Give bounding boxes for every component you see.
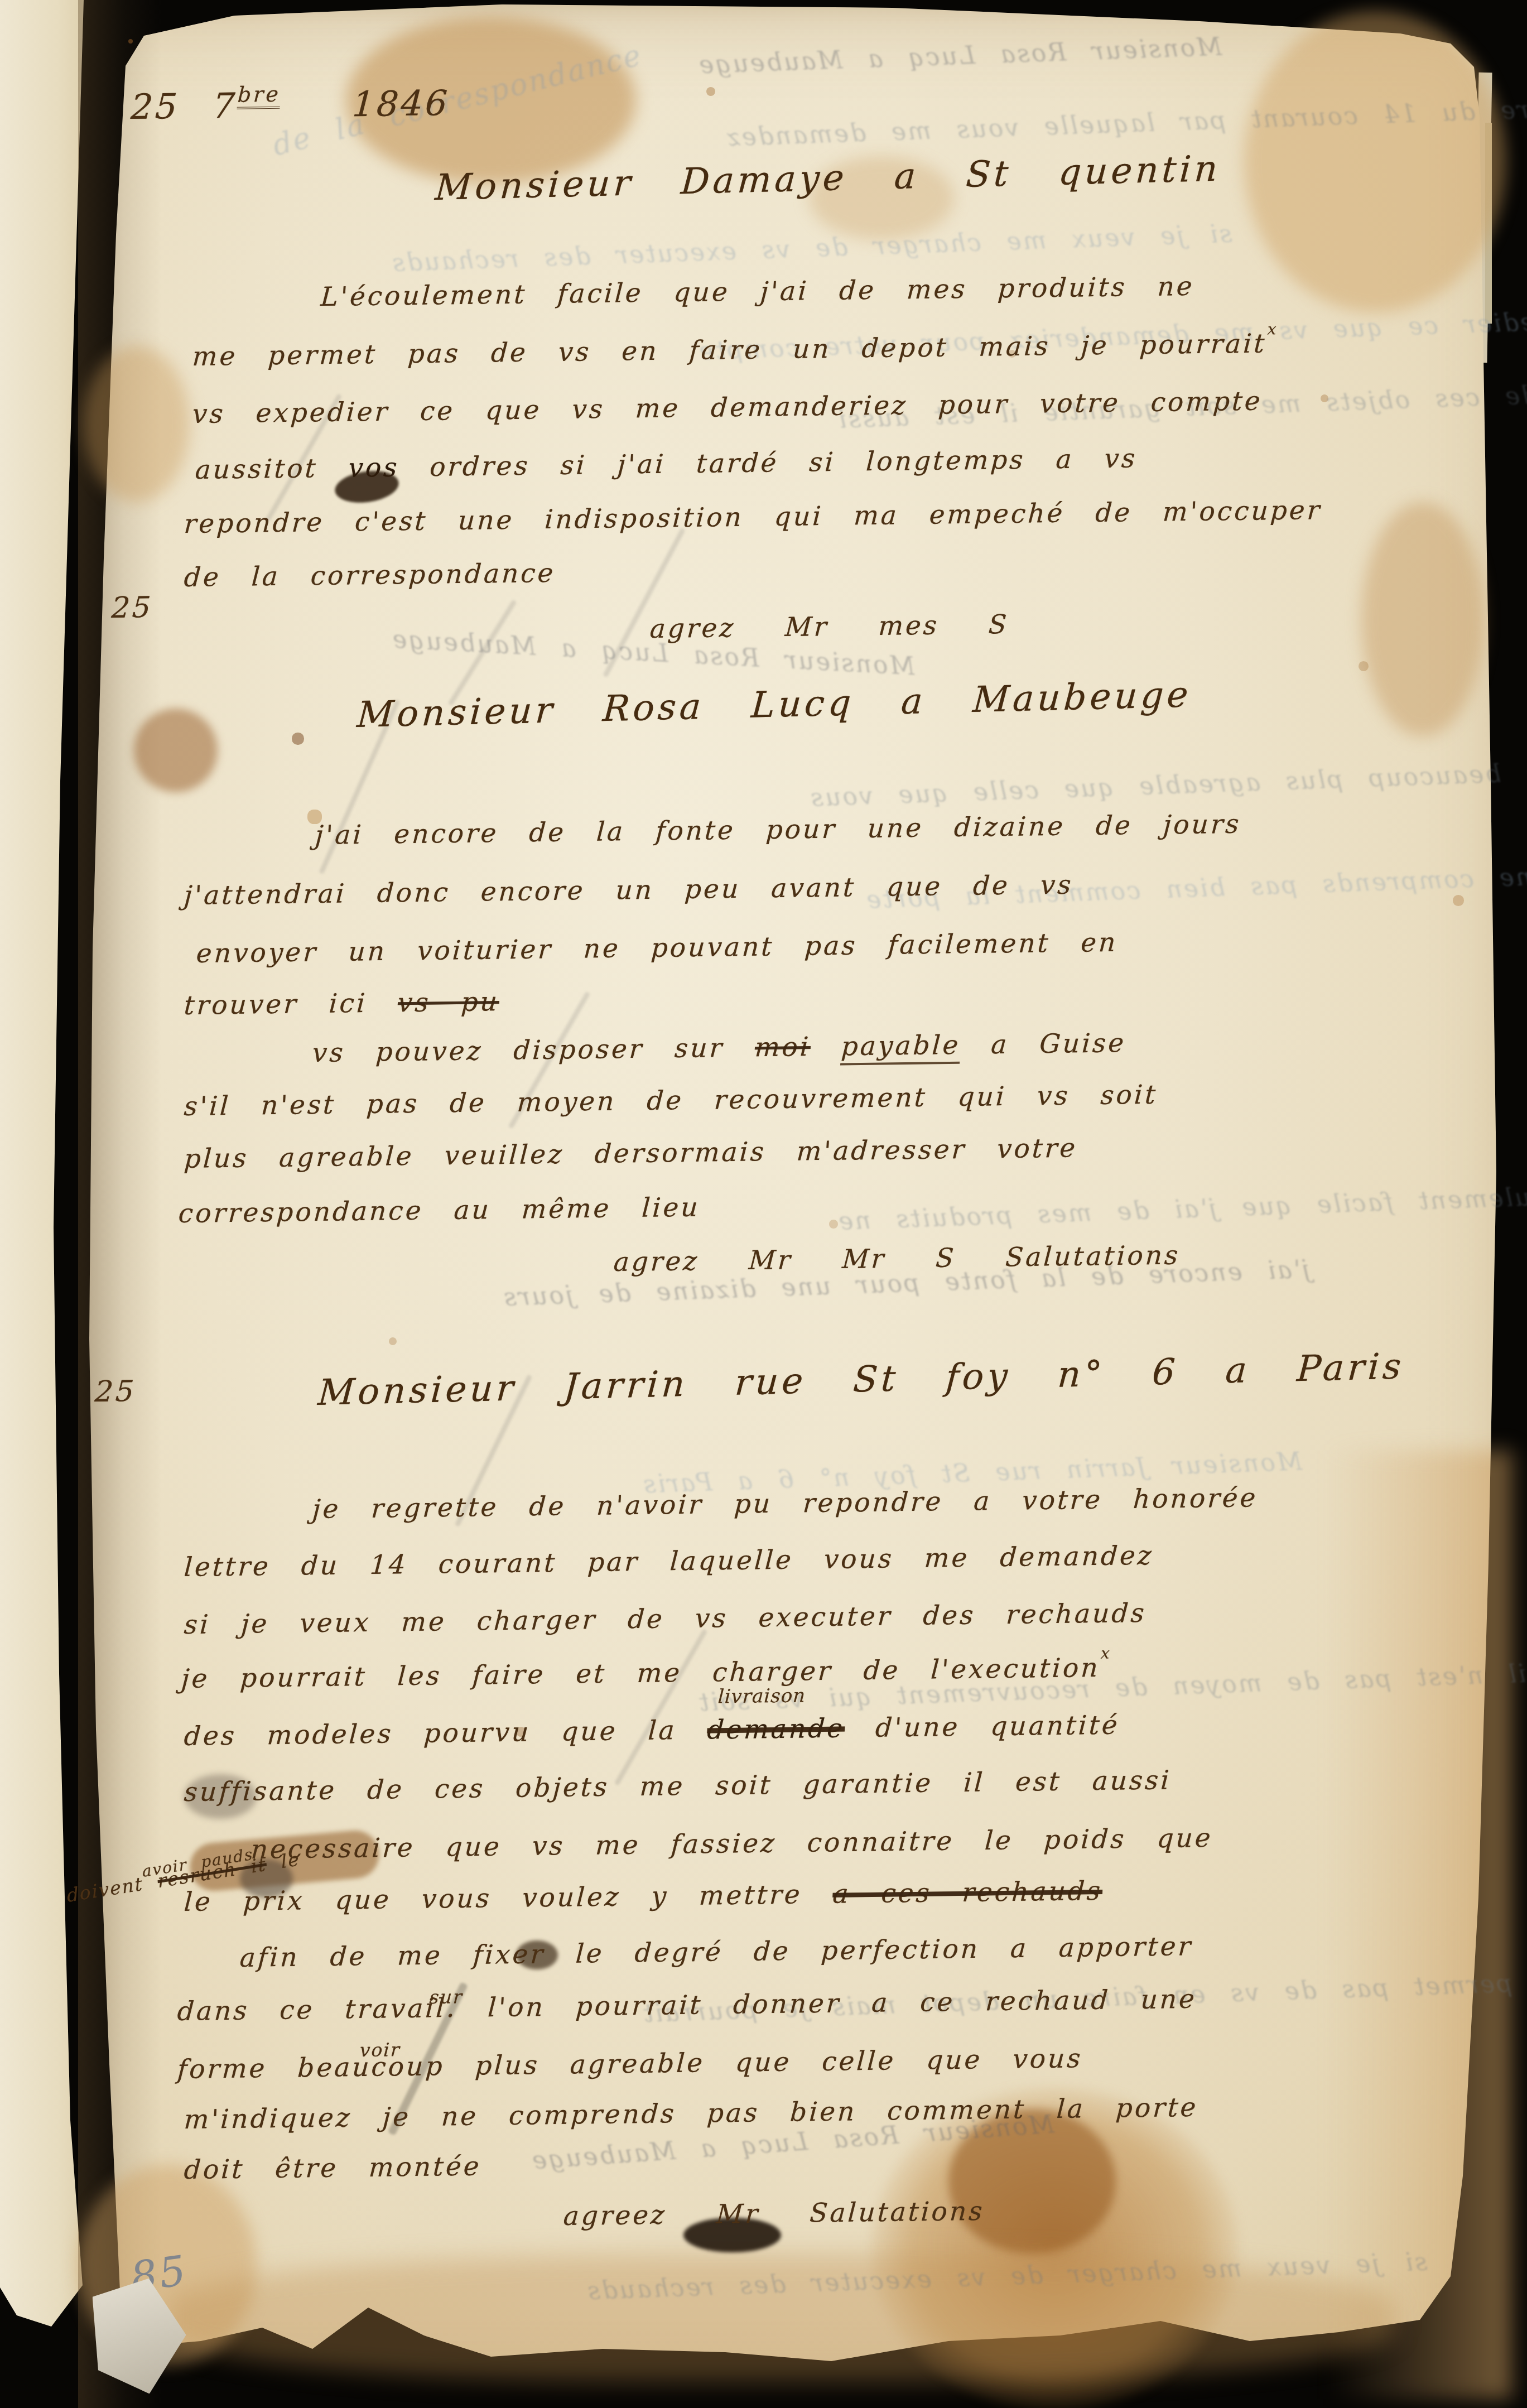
letter3-margin-number: 25: [94, 1375, 137, 1409]
insertion-mark: x: [1267, 320, 1279, 338]
letter1-line6: de la correspondance: [183, 558, 556, 593]
scanned-manuscript-page: { "page": { "date_prefix": "25 7", "date…: [0, 0, 1527, 2408]
letter3-line13: doit être montée: [183, 2151, 482, 2185]
letter1-closing: agrez Mr mes S: [649, 609, 1009, 644]
letter2-line4-pre: trouver ici: [183, 988, 398, 1021]
date-line: 25 7bre1846: [130, 80, 451, 127]
stain: [1361, 502, 1484, 736]
letter2-line4: trouver ici vs pu: [183, 986, 500, 1021]
stain: [84, 346, 190, 502]
stain-freckles: [128, 39, 133, 44]
letter3-line5-post: d'une quantité: [844, 1709, 1121, 1744]
struck-words: a ces rechauds: [832, 1876, 1104, 1910]
underlined-word: payable: [840, 1030, 961, 1066]
letter2-line8: correspondance au même lieu: [177, 1192, 701, 1229]
date-month-superscript: bre: [237, 82, 282, 109]
date-year: 1846: [351, 83, 451, 124]
letter2-line5-post: a Guise: [960, 1028, 1127, 1061]
struck-word: moi: [754, 1032, 811, 1063]
struck-word: demande: [706, 1713, 846, 1746]
interlinear-correction: livraison: [717, 1684, 806, 1708]
letter3-line5-pre: des modeles pourvu que la: [183, 1715, 708, 1752]
stain: [1244, 11, 1506, 312]
letter1-line4-pre: aussitot: [194, 453, 349, 485]
letter1-line4-blotted-word: vos: [348, 452, 400, 484]
letter3-closing: agreez Mr Salutations: [562, 2196, 985, 2232]
struck-words: vs pu: [397, 986, 500, 1018]
date-day-month: 25 7: [130, 85, 238, 127]
insertion-mark: x: [1100, 1644, 1112, 1663]
stain: [134, 709, 218, 792]
letter2-line5-pre: vs pouvez disposer sur: [311, 1032, 755, 1068]
letter2-margin-number: 25: [110, 591, 154, 625]
